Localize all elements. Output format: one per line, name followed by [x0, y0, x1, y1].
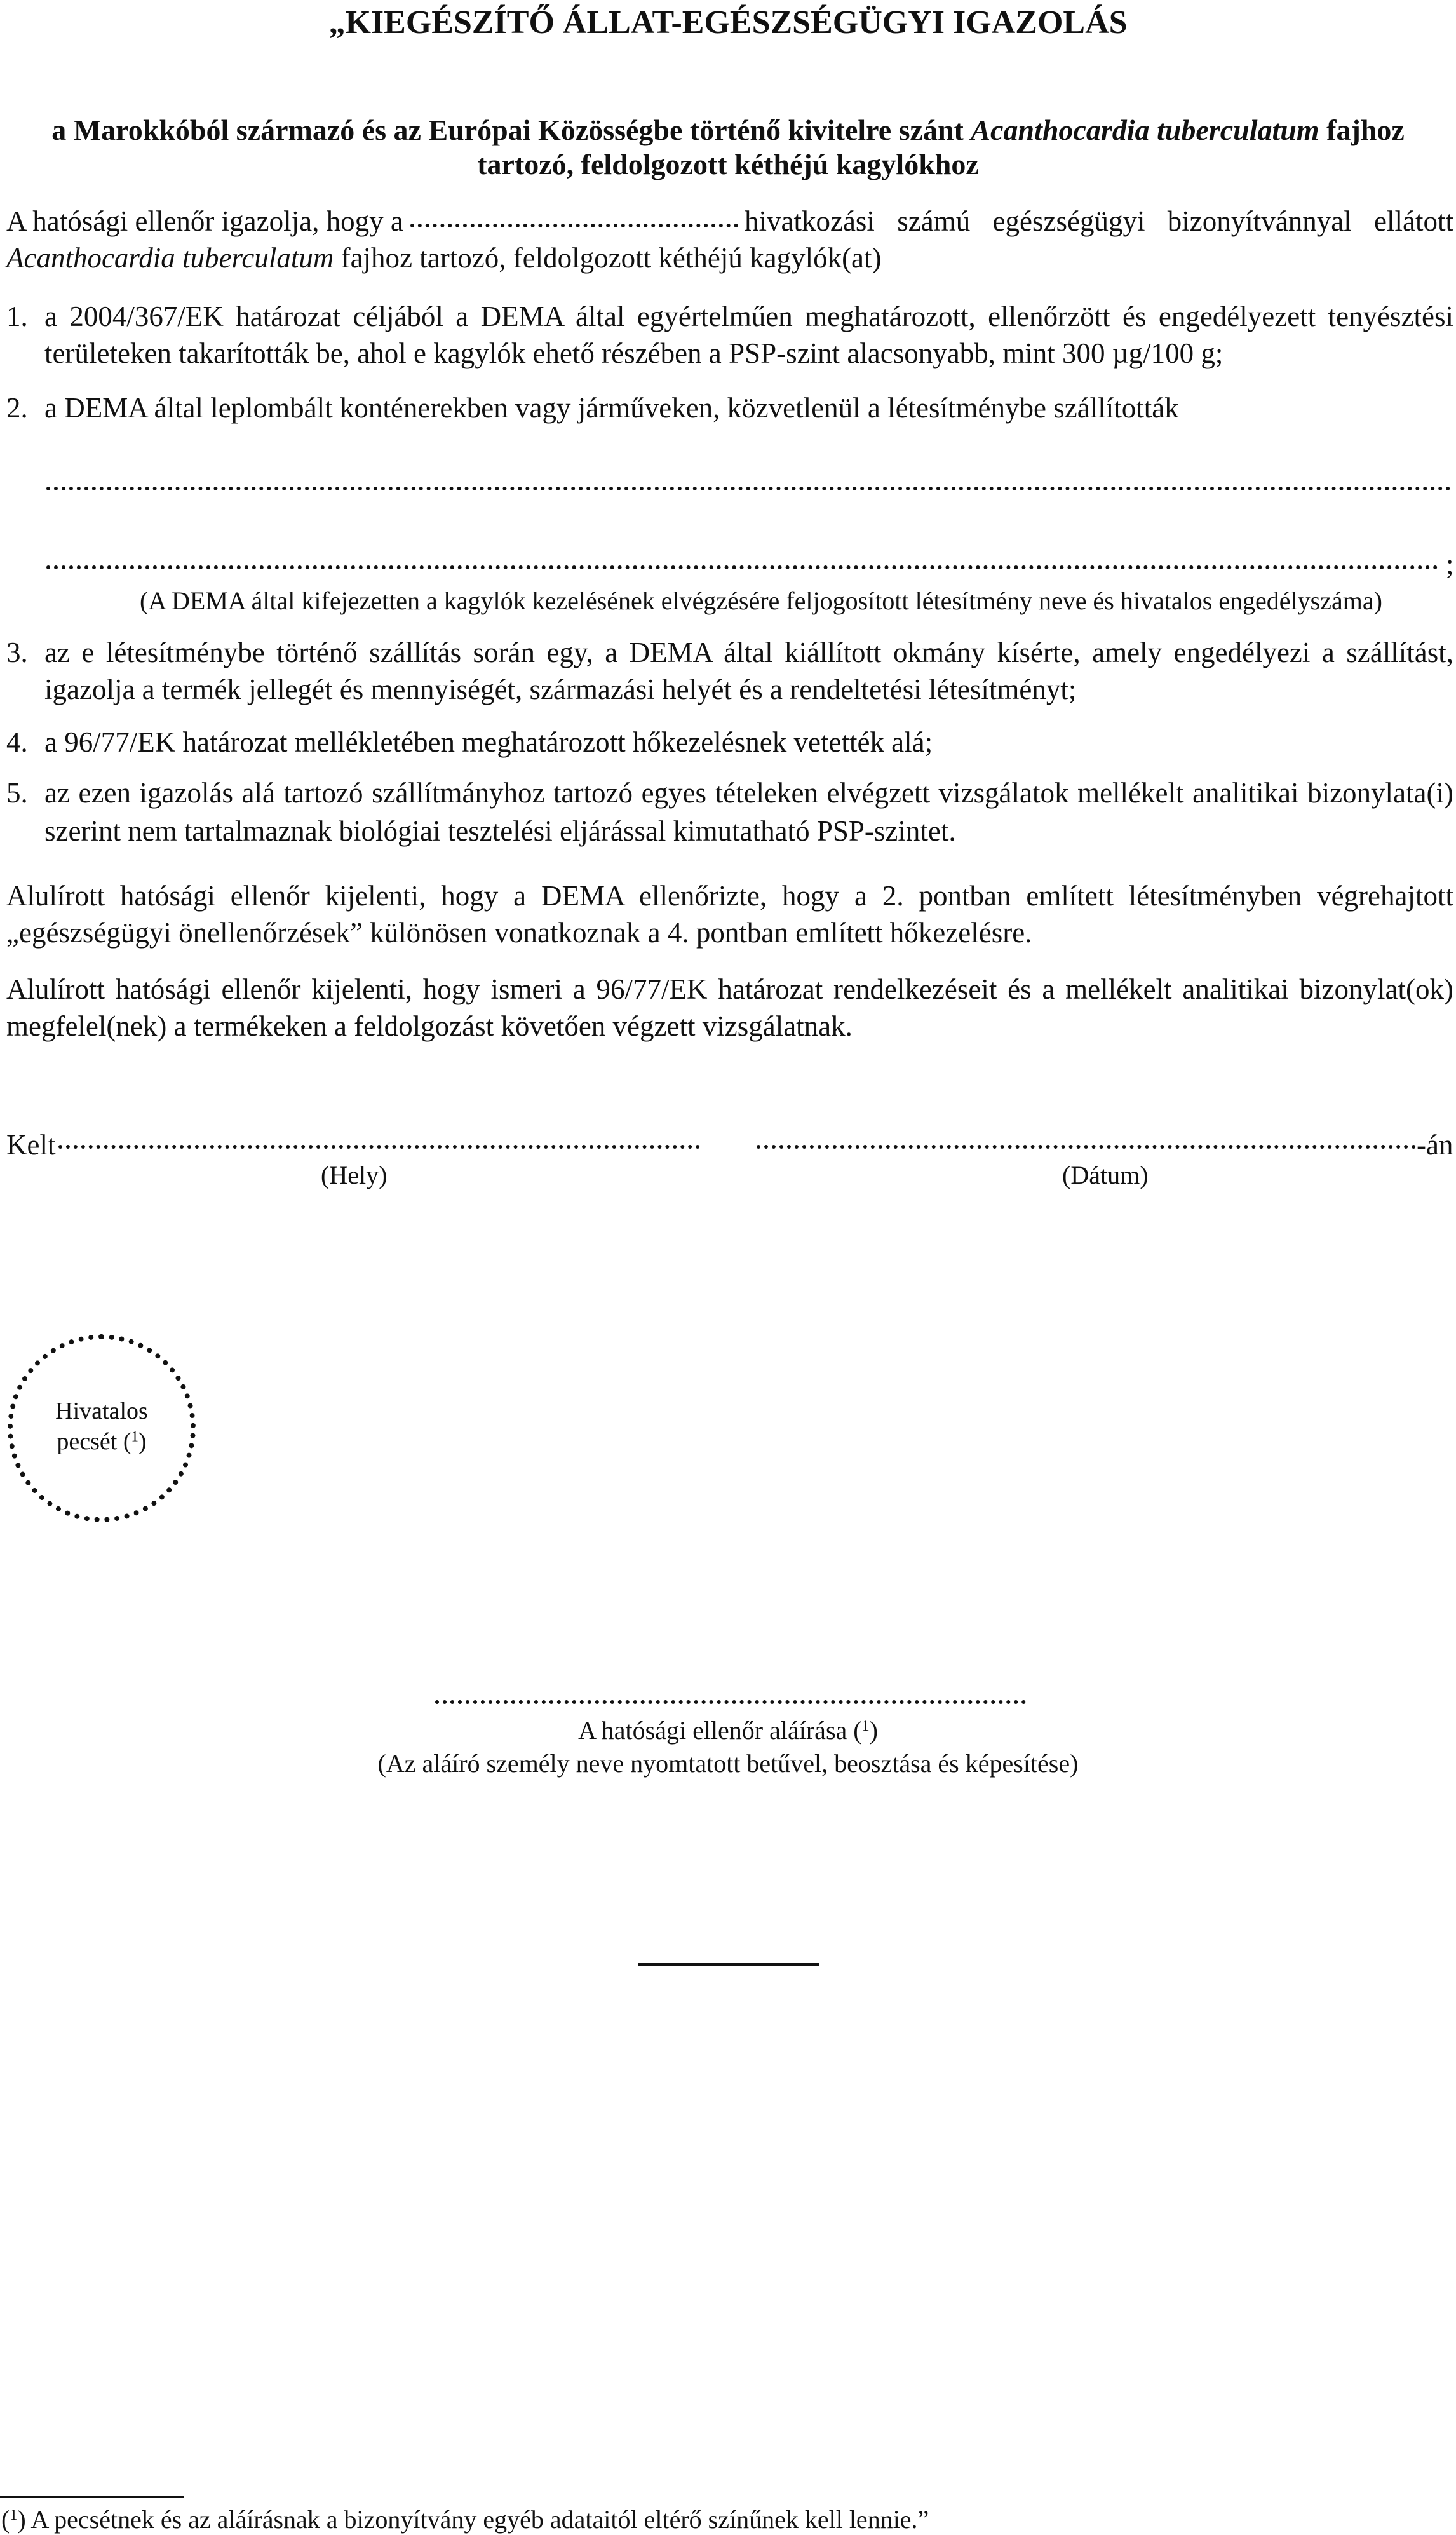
footnote-number: 1	[10, 2507, 17, 2524]
item-2-line1: a DEMA által leplombált konténerekben va…	[44, 391, 1179, 424]
paragraph-2-line1: Alulírott hatósági ellenőr kijelenti, ho…	[6, 973, 1453, 1006]
subtitle-species: Acanthocardia tuberculatum	[971, 114, 1319, 146]
signature-footnote-ref: 1	[862, 1718, 870, 1734]
stamp-label-text: pecsét (	[57, 1428, 131, 1455]
date-label: (Dátum)	[1062, 1160, 1149, 1190]
stamp-footnote-ref: 1	[131, 1428, 138, 1444]
subtitle-text-post: fajhoz	[1319, 114, 1405, 146]
footnote-open: (	[1, 2505, 10, 2534]
signature-field[interactable]	[435, 1700, 1026, 1704]
signature-sublabel: (Az aláíró személy neve nyomtatott betűv…	[0, 1748, 1456, 1778]
signature-label-close: )	[870, 1716, 878, 1745]
place-date-prefix: Kelt	[6, 1128, 55, 1161]
item-2-caption: (A DEMA által kifejezetten a kagylók kez…	[140, 586, 1382, 616]
paragraph-1-line2: „egészségügyi önellenőrzések” különösen …	[6, 916, 1032, 949]
facility-name-field-1[interactable]	[46, 487, 1451, 490]
separator-rule	[638, 1963, 819, 1966]
footnote-rule	[0, 2496, 184, 2498]
footnote: (1) A pecsétnek és az aláírásnak a bizon…	[1, 2505, 929, 2534]
stamp-label-close: )	[138, 1428, 147, 1455]
intro-line1-post: hivatkozási számú egészségügyi bizonyítv…	[745, 205, 1453, 238]
item-1-line1: a 2004/367/EK határozat céljából a DEMA …	[44, 300, 1453, 333]
stamp-label-line2: pecsét (1)	[13, 1427, 191, 1457]
subtitle-text-pre: a Marokkóból származó és az Európai Közö…	[51, 114, 971, 146]
reference-number-field[interactable]	[410, 224, 738, 227]
document-subtitle-line1: a Marokkóból származó és az Európai Közö…	[0, 113, 1456, 147]
item-3-line2: igazolja a termék jellegét és mennyiségé…	[44, 673, 1076, 706]
stamp-label-line1: Hivatalos	[13, 1396, 191, 1427]
item-2-trailing-semicolon: ;	[1446, 548, 1454, 581]
footnote-text: ) A pecsétnek és az aláírásnak a bizonyí…	[17, 2505, 929, 2534]
item-2-number: 2.	[6, 391, 28, 424]
item-4-number: 4.	[6, 726, 28, 759]
item-1-number: 1.	[6, 300, 28, 333]
document-title: „KIEGÉSZÍTŐ ÁLLAT-EGÉSZSÉGÜGYI IGAZOLÁS	[0, 4, 1456, 41]
item-1-line2: területeken takarították be, ahol e kagy…	[44, 337, 1223, 370]
document-subtitle-line2: tartozó, feldolgozott kéthéjú kagylókhoz	[0, 147, 1456, 181]
paragraph-2-line2: megfelel(nek) a termékeken a feldolgozás…	[6, 1010, 853, 1043]
place-date-suffix: -án	[1417, 1128, 1453, 1161]
place-field[interactable]	[58, 1145, 700, 1149]
item-3-number: 3.	[6, 636, 28, 669]
intro-line2: Acanthocardia tuberculatum fajhoz tartoz…	[6, 241, 882, 274]
signature-label: A hatósági ellenőr aláírása (1)	[0, 1715, 1456, 1745]
stamp-label: Hivatalos pecsét (1)	[13, 1396, 191, 1457]
signature-label-text: A hatósági ellenőr aláírása (	[578, 1716, 861, 1745]
intro-species: Acanthocardia tuberculatum	[6, 242, 334, 274]
intro-text-post: fajhoz tartozó, feldolgozott kéthéjú kag…	[334, 242, 881, 274]
paragraph-1-line1: Alulírott hatósági ellenőr kijelenti, ho…	[6, 879, 1453, 912]
item-5-number: 5.	[6, 776, 28, 809]
item-5-line2: szerint nem tartalmaznak biológiai teszt…	[44, 815, 956, 848]
intro-text-pre: A hatósági ellenőr igazolja, hogy a	[6, 205, 403, 237]
item-3-line1: az e létesítménybe történő szállítás sor…	[44, 636, 1453, 669]
facility-name-field-2[interactable]	[46, 565, 1438, 569]
date-field[interactable]	[757, 1145, 1416, 1149]
item-4-line1: a 96/77/EK határozat mellékletében megha…	[44, 726, 933, 759]
place-label: (Hely)	[321, 1160, 387, 1190]
official-stamp-area: Hivatalos pecsét (1)	[8, 1334, 196, 1522]
item-5-line1: az ezen igazolás alá tartozó szállítmány…	[44, 776, 1453, 809]
